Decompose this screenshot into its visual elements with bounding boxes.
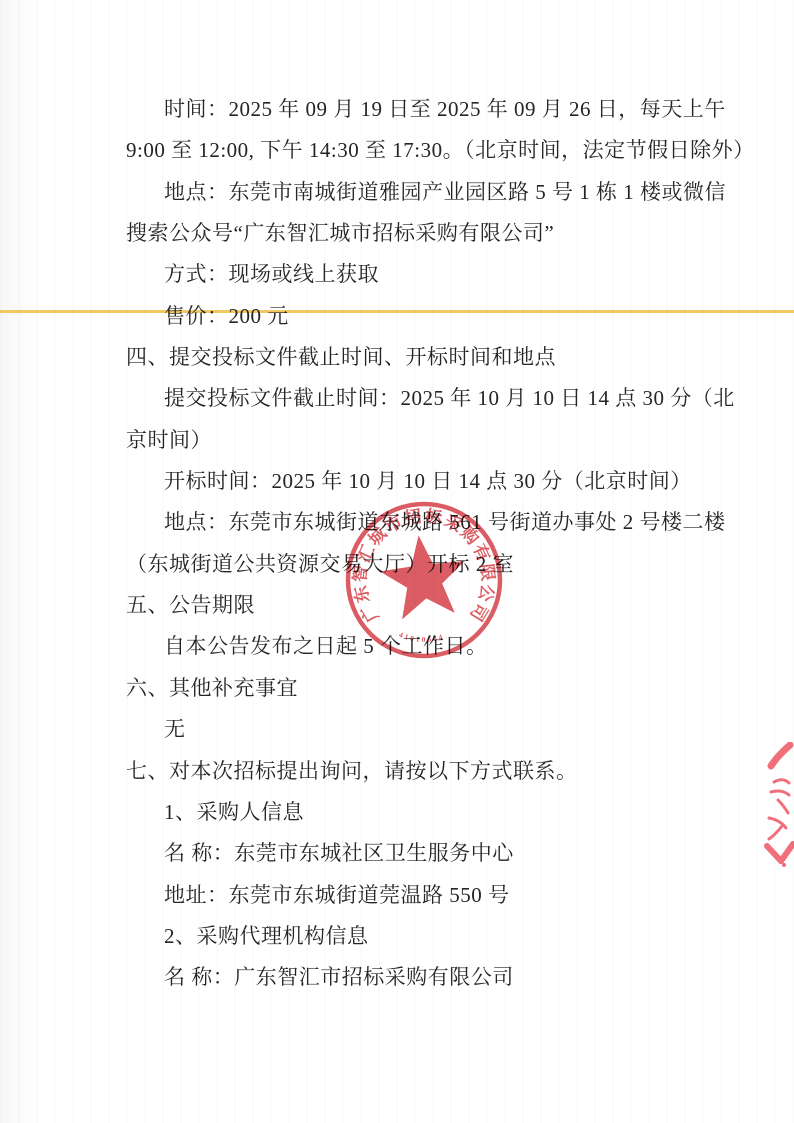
document-line: 方式：现场或线上获取: [126, 254, 764, 295]
document-page: 时间：2025 年 09 月 19 日至 2025 年 09 月 26 日，每天…: [0, 0, 794, 1123]
document-line: 京时间）: [126, 420, 764, 461]
document-line: 搜索公众号“广东智汇城市招标采购有限公司”: [126, 213, 764, 254]
company-seal-stamp: 广东智汇城市招标采购有限公司 41010684: [335, 492, 515, 672]
document-line: 地点：东莞市南城街道雅园产业园区路 5 号 1 栋 1 楼或微信: [126, 172, 764, 213]
seal-star-icon: [376, 530, 471, 621]
document-line: 2、采购代理机构信息: [126, 916, 764, 957]
document-line: 七、对本次招标提出询问，请按以下方式联系。: [126, 751, 764, 792]
document-line: 名 称：广东智汇市招标采购有限公司: [126, 957, 764, 998]
document-line: 六、其他补充事宜: [126, 668, 764, 709]
document-line: 时间：2025 年 09 月 19 日至 2025 年 09 月 26 日，每天…: [126, 89, 764, 130]
document-line: 名 称：东莞市东城社区卫生服务中心: [126, 833, 764, 874]
svg-text:41010684: 41010684: [398, 630, 446, 644]
document-line: 地址：东莞市东城街道莞温路 550 号: [126, 875, 764, 916]
document-line: 无: [126, 709, 764, 750]
document-line: 四、提交投标文件截止时间、开标时间和地点: [126, 337, 764, 378]
document-line: 售价：200 元: [126, 296, 764, 337]
document-line: 9:00 至 12:00, 下午 14:30 至 17:30。（北京时间，法定节…: [126, 130, 764, 171]
document-line: 1、采购人信息: [126, 792, 764, 833]
edge-stamp-fragment: [758, 742, 794, 868]
document-line: 提交投标文件截止时间：2025 年 10 月 10 日 14 点 30 分（北: [126, 378, 764, 419]
seal-serial-text: 41010684: [398, 630, 446, 644]
